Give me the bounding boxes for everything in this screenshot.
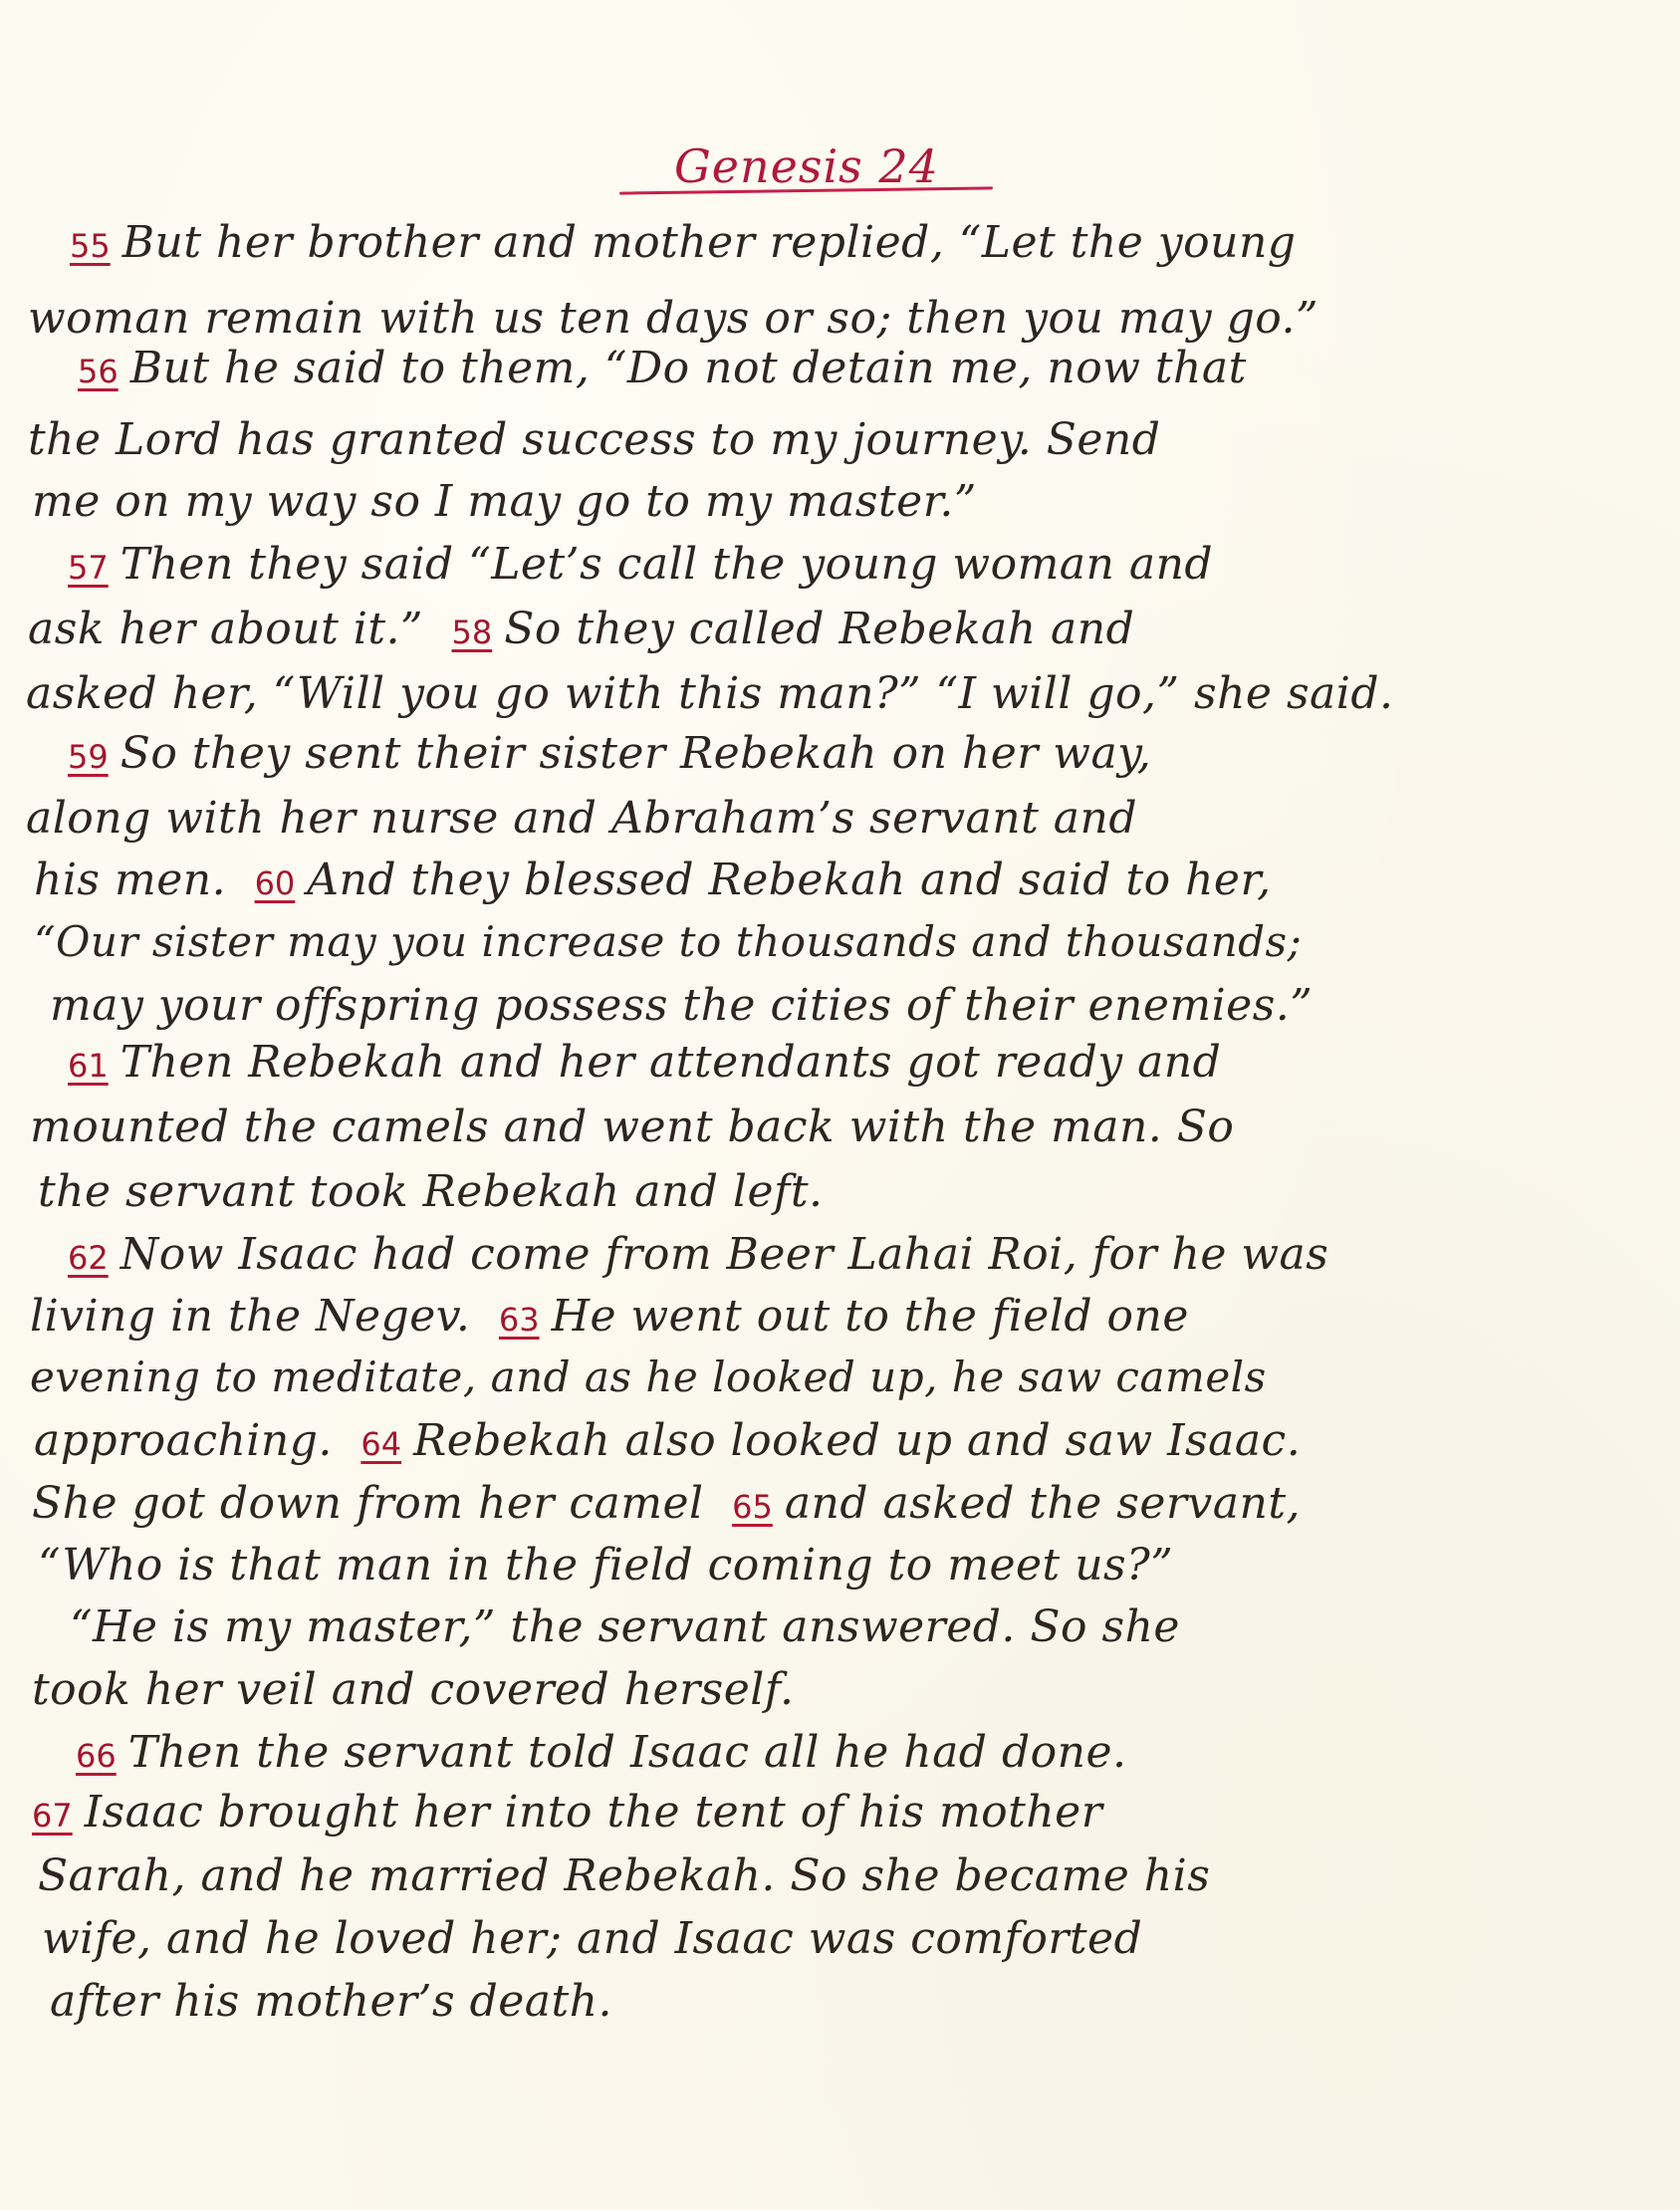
text-line: She got down from her camel 65and asked …	[32, 1482, 1301, 1526]
line-text: So they sent their sister Rebekah on her…	[120, 728, 1151, 779]
line-text: the servant took Rebekah and left.	[38, 1166, 823, 1217]
text-line: “Our sister may you increase to thousand…	[34, 921, 1302, 963]
line-text: may your offspring possess the cities of…	[50, 980, 1313, 1031]
text-line: 62Now Isaac had come from Beer Lahai Roi…	[68, 1233, 1328, 1277]
text-line: Sarah, and he married Rebekah. So she be…	[38, 1854, 1210, 1898]
line-text-before-verse: his men.	[34, 855, 226, 905]
verse-number: 64	[360, 1425, 401, 1463]
text-line: the Lord has granted success to my journ…	[28, 418, 1160, 462]
line-text: Then the servant told Isaac all he had d…	[128, 1727, 1127, 1778]
text-line: 57Then they said “Let’s call the young w…	[68, 543, 1213, 587]
line-text: wife, and he loved her; and Isaac was co…	[42, 1913, 1142, 1964]
text-line: ask her about it.” 58So they called Rebe…	[28, 608, 1134, 651]
text-line: 67Isaac brought her into the tent of his…	[32, 1791, 1102, 1835]
line-text: He went out to the field one	[552, 1291, 1189, 1342]
line-text: Sarah, and he married Rebekah. So she be…	[38, 1850, 1210, 1901]
text-line: after his mother’s death.	[50, 1980, 612, 2024]
text-line: took her veil and covered herself.	[32, 1668, 795, 1712]
text-line: wife, and he loved her; and Isaac was co…	[42, 1917, 1142, 1961]
line-text: Then they said “Let’s call the young wom…	[120, 539, 1213, 590]
text-line: 59So they sent their sister Rebekah on h…	[68, 732, 1151, 776]
line-text: Now Isaac had come from Beer Lahai Roi, …	[120, 1229, 1329, 1280]
text-line: approaching. 64Rebekah also looked up an…	[34, 1419, 1301, 1463]
line-text: But her brother and mother replied, “Let…	[122, 217, 1297, 268]
text-line: “He is my master,” the servant answered.…	[70, 1605, 1180, 1649]
text-line: the servant took Rebekah and left.	[38, 1170, 823, 1214]
text-line: mounted the camels and went back with th…	[30, 1105, 1234, 1149]
line-text: evening to meditate, and as he looked up…	[30, 1352, 1267, 1401]
line-text: So they called Rebekah and	[504, 604, 1134, 654]
verse-number: 67	[32, 1797, 73, 1835]
verse-number: 57	[68, 549, 109, 587]
line-text: Isaac brought her into the tent of his m…	[85, 1787, 1103, 1838]
text-line: evening to meditate, and as he looked up…	[30, 1356, 1267, 1398]
line-text: me on my way so I may go to my master.”	[32, 476, 977, 527]
verse-number: 61	[68, 1047, 109, 1085]
line-text-before-verse: approaching.	[34, 1415, 333, 1466]
line-text: and asked the servant,	[785, 1478, 1301, 1529]
text-line: may your offspring possess the cities of…	[50, 984, 1313, 1028]
line-text: along with her nurse and Abraham’s serva…	[26, 793, 1137, 844]
text-line: 61Then Rebekah and her attendants got re…	[68, 1041, 1221, 1085]
line-text: woman remain with us ten days or so; the…	[28, 293, 1319, 344]
verse-number: 66	[76, 1737, 117, 1775]
verse-number: 59	[68, 738, 109, 776]
verse-number: 62	[68, 1239, 109, 1277]
verse-number: 60	[255, 864, 296, 902]
verse-number: 58	[452, 614, 493, 651]
text-line: living in the Negev. 63He went out to th…	[30, 1295, 1189, 1339]
line-text: the Lord has granted success to my journ…	[28, 414, 1160, 465]
text-line: “Who is that man in the field coming to …	[38, 1544, 1173, 1588]
line-text: “He is my master,” the servant answered.…	[70, 1601, 1180, 1652]
line-text: “Who is that man in the field coming to …	[38, 1540, 1173, 1591]
text-line: asked her, “Will you go with this man?” …	[26, 672, 1394, 716]
text-line: along with her nurse and Abraham’s serva…	[26, 797, 1137, 841]
verse-number: 63	[499, 1301, 540, 1339]
line-text: And they blessed Rebekah and said to her…	[307, 855, 1271, 905]
line-text: after his mother’s death.	[50, 1976, 612, 2027]
page-title: Genesis 24	[674, 139, 939, 193]
line-text: But he said to them, “Do not detain me, …	[130, 343, 1247, 393]
text-line: his men. 60And they blessed Rebekah and …	[34, 859, 1272, 902]
line-text-before-verse: ask her about it.”	[28, 604, 423, 654]
text-line: 66Then the servant told Isaac all he had…	[76, 1731, 1126, 1775]
text-line: woman remain with us ten days or so; the…	[28, 297, 1319, 341]
text-line: 56But he said to them, “Do not detain me…	[78, 347, 1247, 390]
verse-number: 56	[78, 353, 119, 390]
line-text: mounted the camels and went back with th…	[30, 1102, 1234, 1152]
verse-number: 55	[70, 227, 111, 265]
page-title-container: Genesis 24	[617, 139, 996, 193]
text-line: me on my way so I may go to my master.”	[32, 480, 977, 524]
verse-number: 65	[732, 1488, 773, 1526]
line-text: took her veil and covered herself.	[32, 1664, 795, 1715]
line-text: Then Rebekah and her attendants got read…	[120, 1037, 1222, 1088]
line-text: asked her, “Will you go with this man?” …	[26, 668, 1394, 719]
text-line: 55But her brother and mother replied, “L…	[70, 221, 1296, 265]
line-text: Rebekah also looked up and saw Isaac.	[413, 1415, 1301, 1466]
handwritten-page: Genesis 24 55But her brother and mother …	[0, 0, 1680, 2210]
line-text-before-verse: She got down from her camel	[32, 1478, 704, 1529]
line-text-before-verse: living in the Negev.	[30, 1291, 470, 1342]
line-text: “Our sister may you increase to thousand…	[34, 917, 1302, 966]
